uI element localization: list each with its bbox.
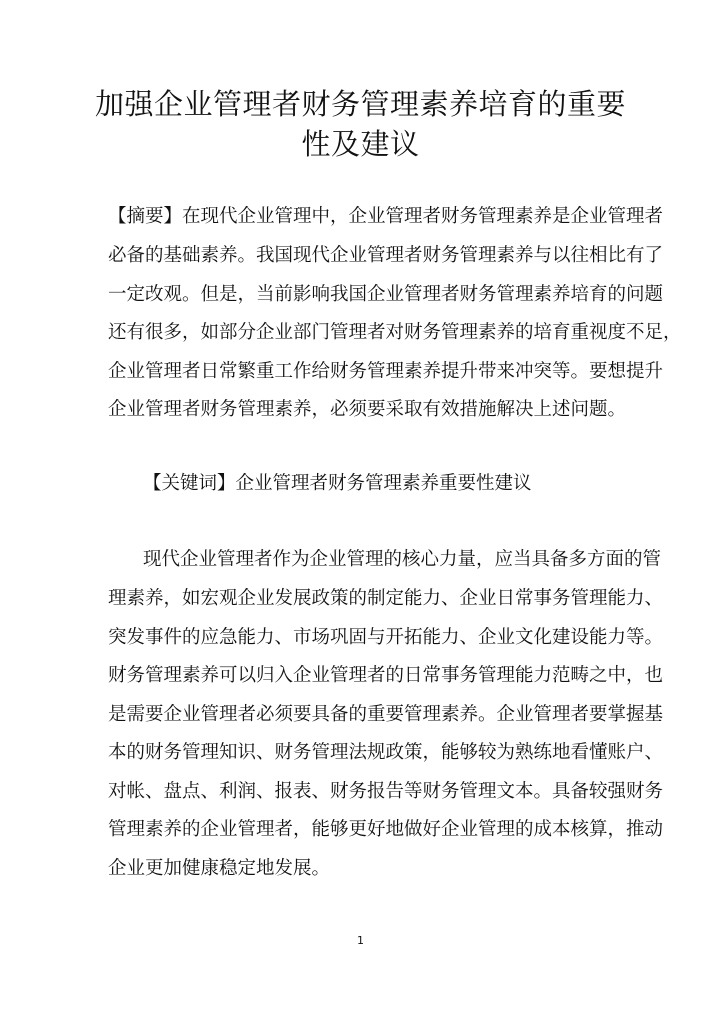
body-line-4: 财务管理素养可以归入企业管理者的日常事务管理能力范畴之中，也 (108, 664, 663, 688)
document-page: 加强企业管理者财务管理素养培育的重要 性及建议 【摘要】在现代企业管理中，企业管… (0, 0, 721, 1020)
abstract-line-1: 【摘要】在现代企业管理中，企业管理者财务管理素养是企业管理者 (108, 205, 663, 229)
abstract-line-2: 必备的基础素养。我国现代企业管理者财务管理素养与以往相比有了 (108, 244, 663, 268)
title-line-2: 性及建议 (80, 124, 641, 164)
body-line-9: 企业更加健康稳定地发展。 (108, 857, 330, 881)
abstract-line-3: 一定改观。但是，当前影响我国企业管理者财务管理素养培育的问题 (108, 283, 663, 307)
body-line-7: 对帐、盘点、利润、报表、财务报告等财务管理文本。具备较强财务 (108, 780, 663, 804)
abstract-line-4: 还有很多，如部分企业部门管理者对财务管理素养的培育重视度不足， (108, 321, 682, 345)
body-line-5: 是需要企业管理者必须要具备的重要管理素养。企业管理者要掌握基 (108, 703, 663, 727)
title-line-1: 加强企业管理者财务管理素养培育的重要 (80, 84, 641, 124)
body-line-1: 现代企业管理者作为企业管理的核心力量，应当具备多方面的管 (143, 548, 661, 572)
abstract-line-5: 企业管理者日常繁重工作给财务管理素养提升带来冲突等。要想提升 (108, 360, 663, 384)
document-title: 加强企业管理者财务管理素养培育的重要 性及建议 (80, 84, 641, 164)
body-line-8: 管理素养的企业管理者，能够更好地做好企业管理的成本核算，推动 (108, 818, 663, 842)
body-line-6: 本的财务管理知识、财务管理法规政策，能够较为熟练地看懂账户、 (108, 741, 663, 765)
page-number: 1 (0, 934, 721, 947)
body-line-3: 突发事件的应急能力、市场巩固与开拓能力、企业文化建设能力等。 (108, 626, 663, 650)
abstract-line-6: 企业管理者财务管理素养，必须要采取有效措施解决上述问题。 (108, 398, 626, 422)
body-line-2: 理素养，如宏观企业发展政策的制定能力、企业日常事务管理能力、 (108, 587, 663, 611)
keywords-line: 【关键词】企业管理者财务管理素养重要性建议 (143, 472, 532, 496)
